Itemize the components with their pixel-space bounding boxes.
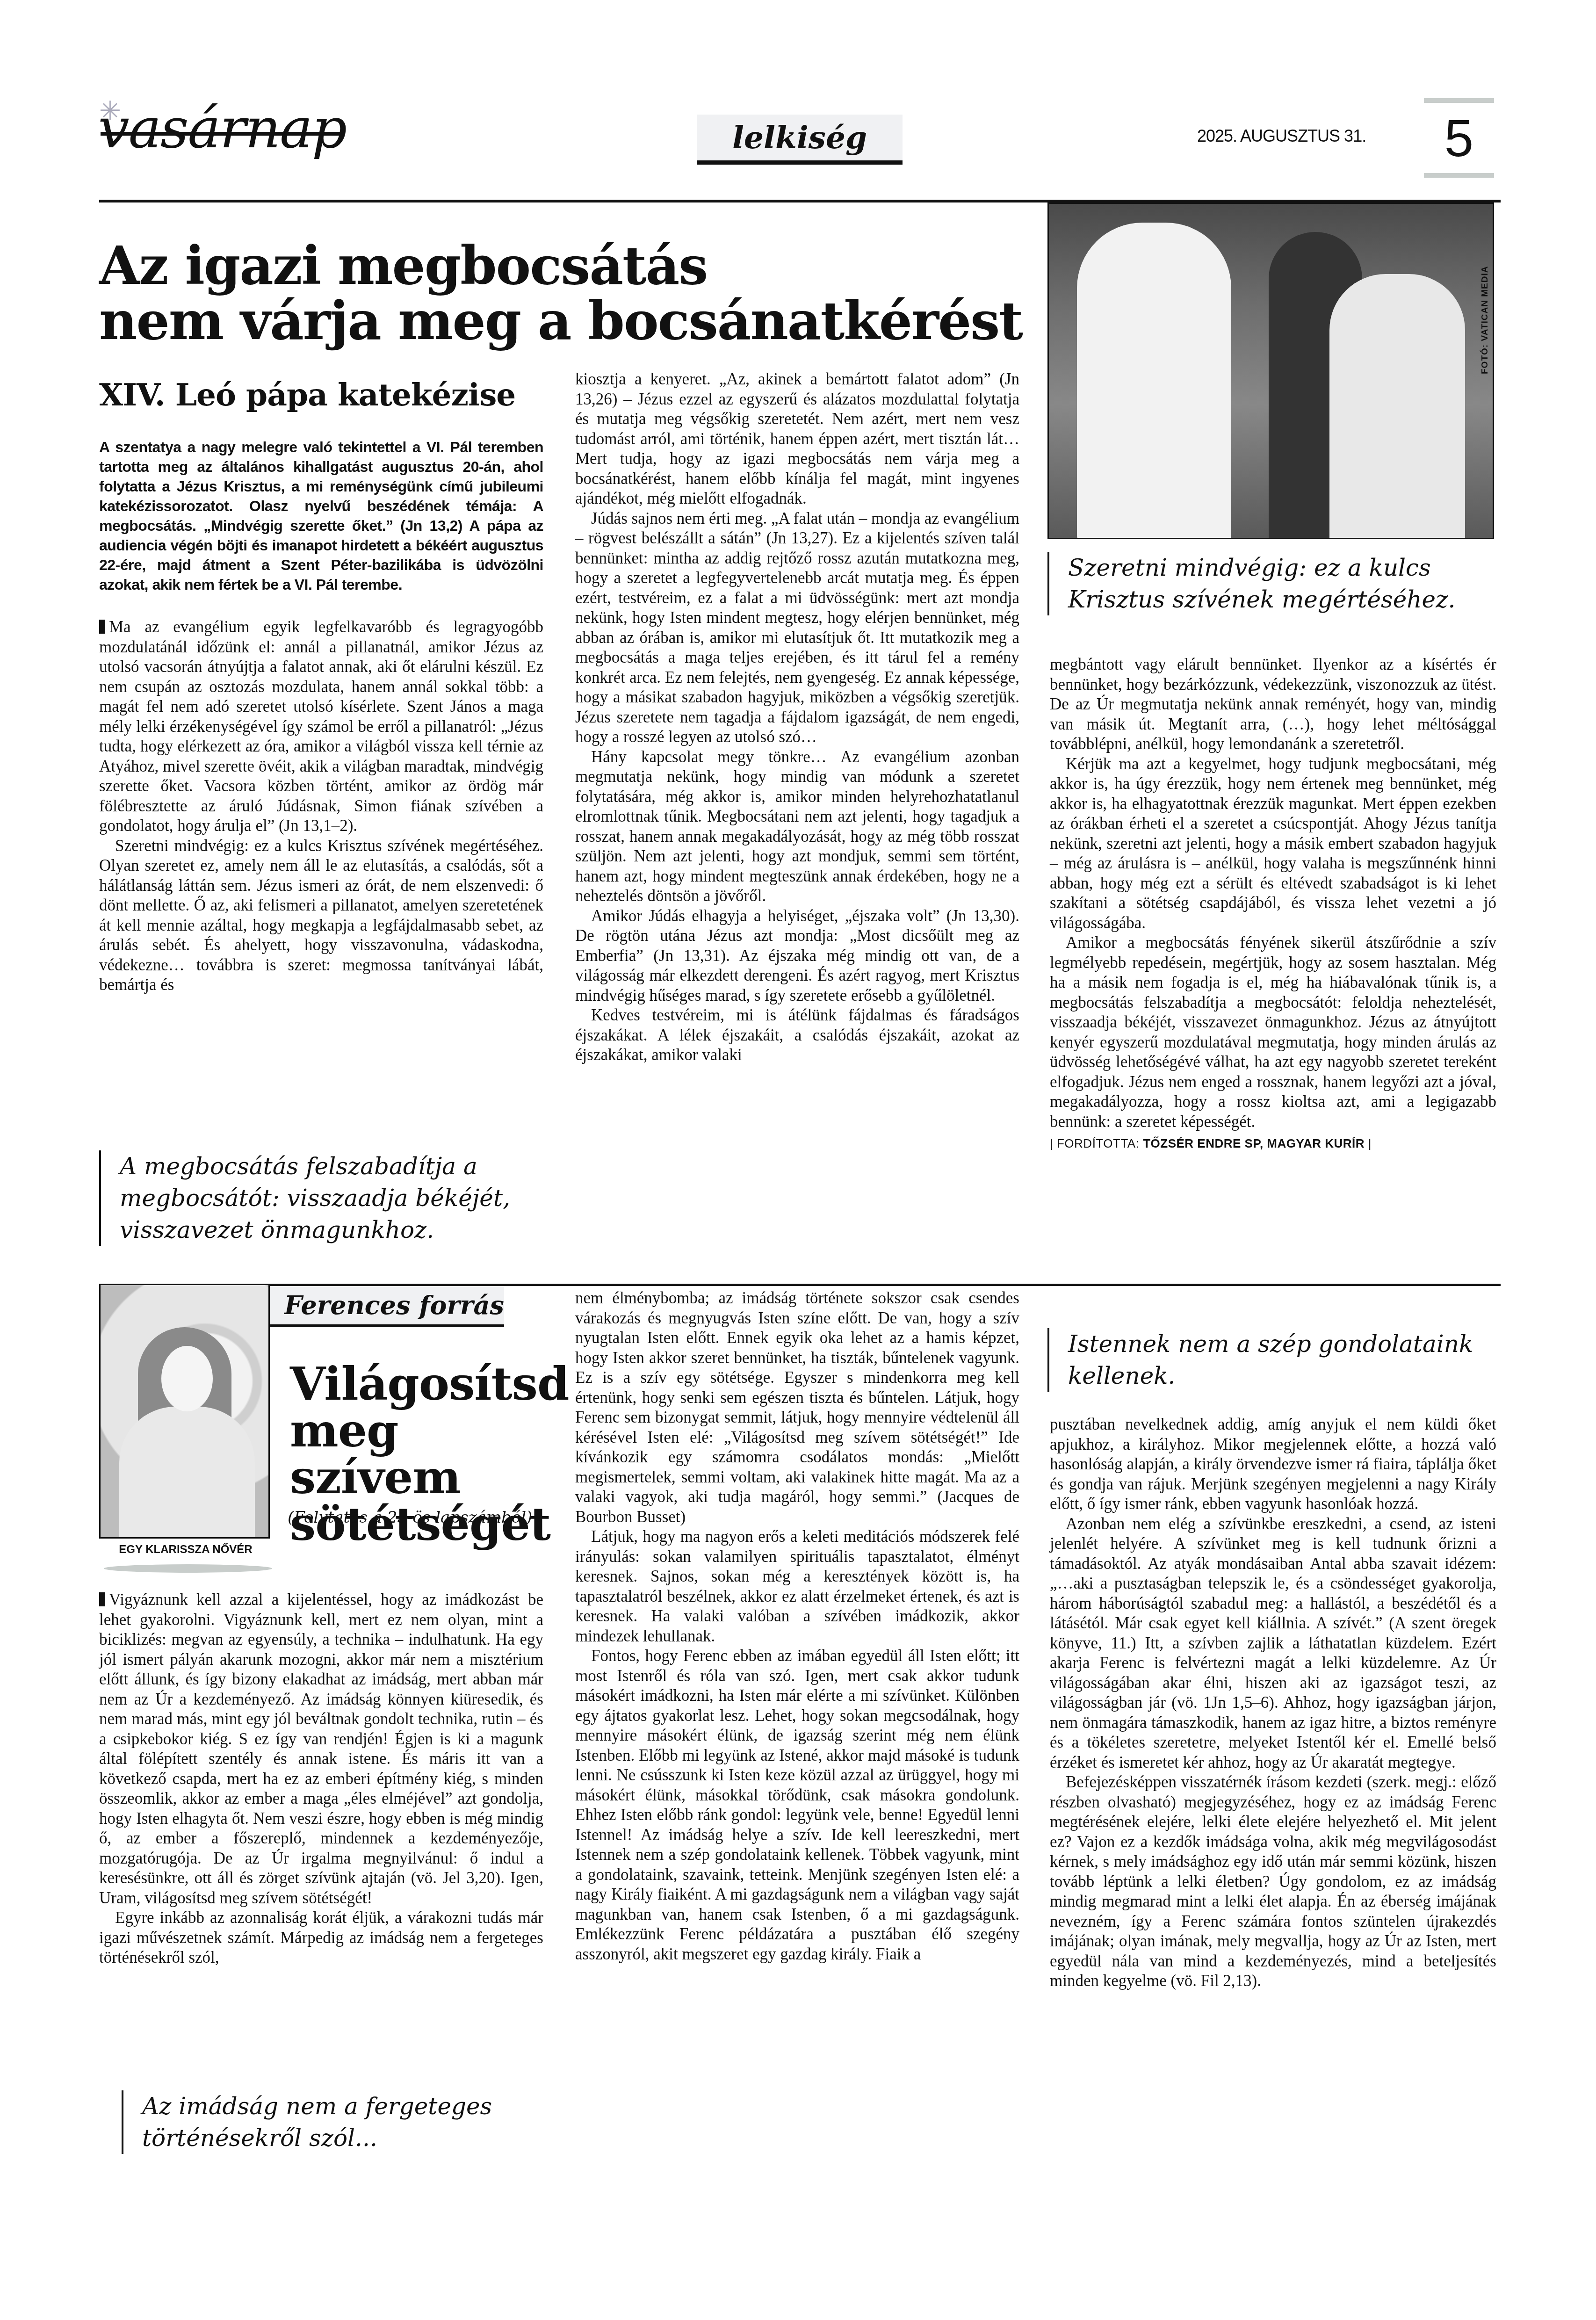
article1-column-2: kiosztja a kenyeret. „Az, akinek a bemár… [575,369,1019,1065]
photo-figure-pope [1077,223,1231,539]
article1-column-1: Ma az evangélium egyik legfelkavaróbb és… [99,617,543,995]
article-lead: A szentatya a nagy melegre való tekintet… [99,437,543,594]
saint-clare-illustration [99,1284,270,1539]
paragraph: Látjuk, hogy ma nagyon erős a keleti med… [575,1527,1019,1646]
series-label: Ferences forrás [270,1286,504,1327]
paragraph: Befejezésképpen visszatérnék írásom kezd… [1050,1772,1496,1991]
byline-shadow [104,1564,272,1573]
paragraph: Azonban nem elég a szívünkbe ereszkedni,… [1050,1514,1496,1773]
paragraph: megbántott vagy elárult bennünket. Ilyen… [1050,655,1496,754]
author-byline: EGY KLARISSZA NŐVÉR [99,1543,272,1556]
article2-column-1: Vigyáznunk kell azzal a kijelentéssel, h… [99,1590,543,1968]
article-headline: Az igazi megbocsátás nem várja meg a boc… [99,239,1034,349]
photo-caption: Szeretni mindvégig: ez a kulcs Krisztus … [1047,552,1498,615]
paragraph: Kérjük ma azt a kegyelmet, hogy tudjunk … [1050,754,1496,933]
paragraph: Júdás sajnos nem érti meg. „A falat után… [575,509,1019,747]
section-label: lelkiség [697,115,903,165]
photo-figure-woman [1329,274,1465,539]
paragraph: Kedves testvéreim, mi is átélünk fájdalm… [575,1005,1019,1065]
page-number: 5 [1424,98,1494,178]
paragraph: Hány kapcsolat megy tönkre… Az evangéliu… [575,747,1019,906]
paragraph: Szeretni mindvégig: ez a kulcs Krisztus … [99,836,543,995]
paragraph: Amikor Júdás elhagyja a helyiséget, „éjs… [575,906,1019,1006]
translator-name: TŐZSÉR ENDRE SP, MAGYAR KURÍR [1143,1136,1365,1150]
paragraph: Vigyáznunk kell azzal a kijelentéssel, h… [99,1590,543,1908]
issue-date: 2025. AUGUSZTUS 31. [1197,126,1366,146]
article2-column-3: pusztában nevelkednek addig, amíg anyjuk… [1050,1415,1496,1991]
translator-credit: | FORDÍTOTTA: TŐZSÉR ENDRE SP, MAGYAR KU… [1050,1134,1496,1154]
paragraph: pusztában nevelkednek addig, amíg anyjuk… [1050,1415,1496,1514]
headline-line-2: nem várja meg a bocsánatkérést [99,294,1034,349]
article2-column-2: nem élménybomba; az imádság története so… [575,1288,1019,1964]
newspaper-logo: vasárnap [98,96,346,160]
pope-blessing-photo [1047,202,1494,539]
paragraph: kiosztja a kenyeret. „Az, akinek a bemár… [575,369,1019,509]
paragraph: nem élménybomba; az imádság története so… [575,1288,1019,1527]
photo-credit: FOTÓ: VATICAN MEDIA [1480,234,1490,374]
pull-quote: A megbocsátás felszabadítja a megbocsátó… [99,1150,531,1246]
paragraph: Egyre inkább az azonnaliság korát éljük,… [99,1908,543,1968]
pull-quote: Az imádság nem a fergeteges történésekrő… [122,2090,554,2154]
pull-quote: Istennek nem a szép gondolataink kellene… [1047,1328,1498,1392]
paragraph: Ma az evangélium egyik legfelkavaróbb és… [99,617,543,836]
article-subhead: XIV. Leó pápa katekézise [99,376,515,413]
article1-column-3: megbántott vagy elárult bennünket. Ilyen… [1050,655,1496,1154]
paragraph: Fontos, hogy Ferenc ebben az imában egye… [575,1646,1019,1964]
continued-note: (Folytatás a 25-ös lapszámból) [288,1508,532,1527]
illustration-face [161,1346,213,1411]
illustration-robe [119,1407,255,1539]
paragraph: Amikor a megbocsátás fényének sikerül át… [1050,933,1496,1132]
logo-underline [101,132,344,136]
headline-line-1: Az igazi megbocsátás [99,239,1034,294]
